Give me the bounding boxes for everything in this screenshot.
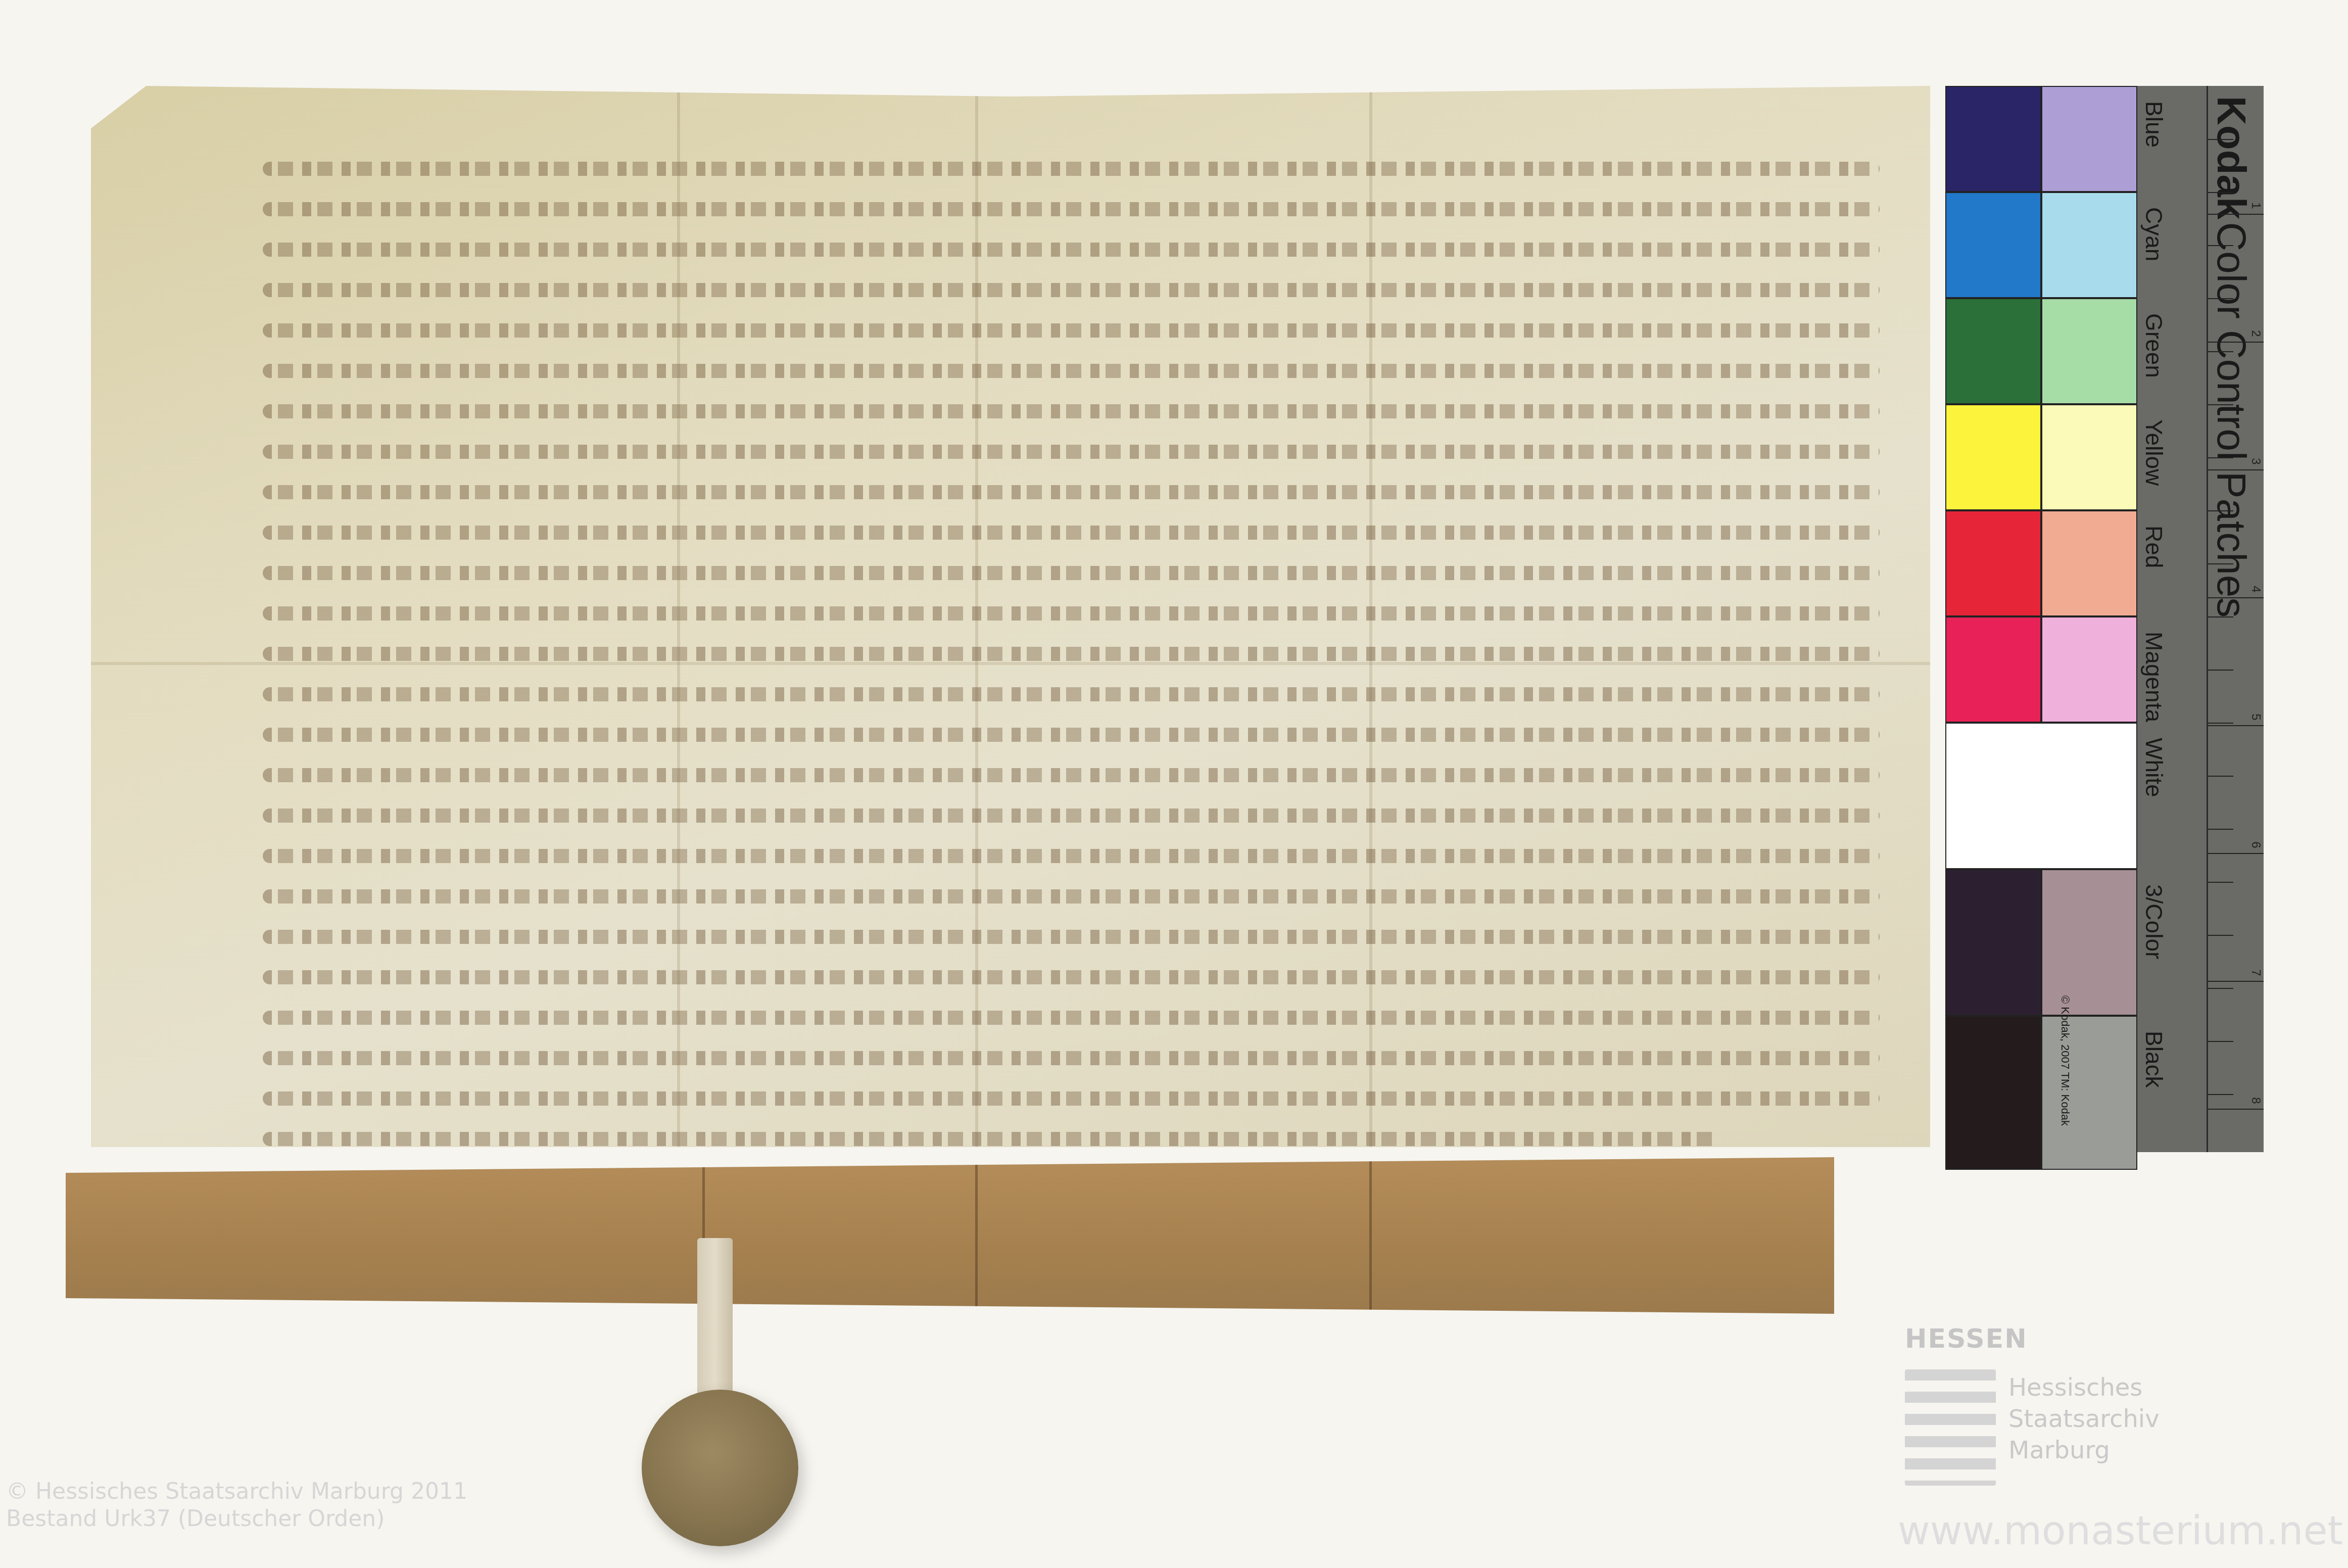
patch-label: 3/Color <box>2140 884 2168 959</box>
website-watermark: www.monasterium.net <box>1898 1508 2343 1554</box>
inch-number: 5 <box>2248 714 2262 720</box>
script-line <box>263 970 1880 984</box>
inch-tick <box>2208 597 2264 598</box>
script-line <box>263 809 1880 823</box>
coat-of-arms-icon <box>1905 1369 1996 1486</box>
patch-black-light <box>2041 1016 2137 1170</box>
cm-tick <box>2208 1094 2233 1095</box>
inch-number: 4 <box>2248 586 2262 592</box>
inch-number: 2 <box>2248 330 2262 337</box>
cm-tick <box>2208 776 2233 777</box>
patch-label: Green <box>2140 313 2168 378</box>
script-line <box>263 606 1880 621</box>
script-line <box>263 1091 1880 1106</box>
patch-blue-light <box>2041 86 2137 192</box>
script-line <box>263 283 1880 297</box>
cm-tick <box>2208 616 2233 617</box>
cm-tick <box>2208 670 2233 671</box>
patch-cyan-light <box>2041 192 2137 298</box>
cm-tick <box>2208 563 2233 564</box>
patch-black-dark <box>1945 1016 2041 1170</box>
logo-line: Marburg <box>2008 1435 2160 1466</box>
cm-tick <box>2208 192 2233 193</box>
inch-tick <box>2208 725 2264 726</box>
script-line <box>263 1051 1880 1065</box>
script-line <box>263 1132 1718 1146</box>
cm-tick <box>2208 351 2233 352</box>
script-line <box>263 364 1880 378</box>
inch-tick <box>2208 981 2264 982</box>
cm-tick <box>2208 510 2233 511</box>
patch-label: Magenta <box>2140 632 2168 722</box>
script-line <box>263 445 1880 459</box>
patch-blue-dark <box>1945 86 2041 192</box>
patch-green-dark <box>1945 298 2041 404</box>
patch-labels: BlueCyanGreenYellowRedMagentaWhite3/Colo… <box>2137 86 2193 1152</box>
cm-tick <box>2208 404 2233 405</box>
cm-tick <box>2208 457 2233 458</box>
inch-tick <box>2208 1109 2264 1110</box>
plica-split <box>1369 1157 1372 1314</box>
cm-tick <box>2208 829 2233 830</box>
script-line <box>263 687 1880 701</box>
kodak-copyright: © Kodak, 2007 TM: Kodak <box>2058 995 2072 1126</box>
collection-text: Bestand Urk37 (Deutscher Orden) <box>6 1505 467 1533</box>
patch-yellow-light <box>2041 404 2137 510</box>
patch-label: Black <box>2140 1031 2168 1087</box>
handwritten-text-block <box>263 162 1880 1253</box>
logo-wordmark: HESSEN <box>1905 1324 2028 1354</box>
inch-tick <box>2208 853 2264 854</box>
cm-tick <box>2208 723 2233 724</box>
patch-label: Cyan <box>2140 207 2168 261</box>
script-line <box>263 566 1880 580</box>
pendant-seal <box>642 1390 798 1546</box>
script-line <box>263 768 1880 782</box>
patch-label: Yellow <box>2140 419 2168 486</box>
script-line <box>263 404 1880 418</box>
script-line <box>263 1011 1880 1025</box>
footer-credits: © Hessisches Staatsarchiv Marburg 2011 B… <box>6 1478 467 1533</box>
cm-tick <box>2208 882 2233 883</box>
patch-magenta-light <box>2041 616 2137 723</box>
patch-magenta-dark <box>1945 616 2041 723</box>
script-line <box>263 323 1880 338</box>
cm-tick <box>2208 988 2233 989</box>
cm-tick <box>2208 139 2233 140</box>
patch-red-dark <box>1945 510 2041 616</box>
inch-number: 7 <box>2248 969 2262 976</box>
script-line <box>263 202 1880 216</box>
inch-tick <box>2208 342 2264 343</box>
script-line <box>263 728 1880 742</box>
patch-green-light <box>2041 298 2137 404</box>
patch-label: Red <box>2140 526 2168 568</box>
logo-text: Hessisches Staatsarchiv Marburg <box>2008 1372 2160 1466</box>
inch-tick <box>2208 469 2264 470</box>
script-line <box>263 162 1880 176</box>
logo-line: Hessisches <box>2008 1372 2160 1403</box>
patch-cyan-dark <box>1945 192 2041 298</box>
patch-label: Blue <box>2140 101 2168 148</box>
cm-tick <box>2208 1041 2233 1042</box>
hessen-logo: HESSEN Hessisches Staatsarchiv Marburg <box>1905 1324 2028 1354</box>
script-line <box>263 485 1880 499</box>
script-line <box>263 243 1880 257</box>
cm-tick <box>2208 935 2233 936</box>
plica-split <box>975 1157 978 1314</box>
script-line <box>263 889 1880 904</box>
script-line <box>263 526 1880 540</box>
inch-number: 8 <box>2248 1097 2262 1104</box>
script-line <box>263 849 1880 863</box>
script-line <box>263 647 1880 661</box>
copyright-text: © Hessisches Staatsarchiv Marburg 2011 <box>6 1478 467 1505</box>
ruler: 12345678 <box>2207 86 2264 1152</box>
patch-yellow-dark <box>1945 404 2041 510</box>
inch-number: 6 <box>2248 841 2262 848</box>
patch-3-color-dark <box>1945 869 2041 1016</box>
inch-number: 1 <box>2248 202 2262 209</box>
logo-line: Staatsarchiv <box>2008 1403 2160 1435</box>
plica-fold <box>66 1157 1834 1314</box>
cm-tick <box>2208 298 2233 299</box>
inch-number: 3 <box>2248 458 2262 464</box>
inch-tick <box>2208 214 2264 215</box>
cm-tick <box>2208 245 2233 246</box>
patch-label: White <box>2140 738 2168 797</box>
charter-parchment <box>91 86 1930 1147</box>
color-control-target: Kodak Color Control Patches BlueCyanGree… <box>1945 86 2264 1152</box>
patch-white <box>1945 723 2137 869</box>
patch-3-color-light <box>2041 869 2137 1016</box>
patch-red-light <box>2041 510 2137 616</box>
script-line <box>263 930 1880 944</box>
